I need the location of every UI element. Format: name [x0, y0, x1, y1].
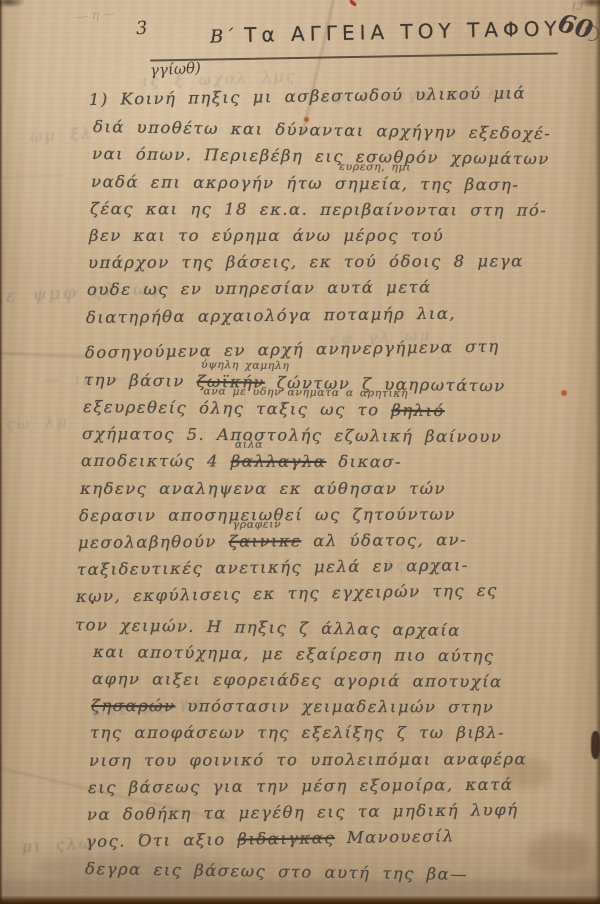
- handwritten-line: κηδενς αναληψενα εκ αύθησαν τών: [80, 479, 600, 506]
- word-run: ναδά επι ακρογήν ήτω: [91, 172, 335, 193]
- word-run: διατηρήθα αρχαιολόγα ποταμήρ λια,: [86, 303, 456, 326]
- word-run: και αποτύχημα, με εξαίρεση πιο αύτης: [93, 642, 495, 666]
- faint-pencil-mark: — η —: [75, 6, 115, 24]
- word-run: νιση του φοινικό το υπολειπόμαι αναφέρα: [89, 749, 527, 770]
- rust-speck: [349, 0, 358, 7]
- title-text: Τα ΑΓΓΕΙΑ ΤΟΥ ΤΑΦΟΥ: [244, 16, 562, 47]
- word-run: όλης ταξις ως το ανα με υδην ανήματα α α…: [199, 398, 391, 419]
- inserted-word-above-line: ευρεση, ημι: [339, 160, 411, 173]
- page-corner-shadow: [578, 0, 600, 8]
- handwritten-line: βεν και το εύρημα άνω μέρος τού: [89, 226, 600, 253]
- word-run: ναι όπων. Περιεβέβη εις εσωθρόν χρωμάτων: [92, 144, 550, 168]
- handwritten-line: διατηρήθα αρχαιολόγα ποταμήρ λια,: [86, 302, 600, 335]
- bottom-shadow-band: [0, 880, 600, 896]
- page-title: Β΄Τα ΑΓΓΕΙΑ ΤΟΥ ΤΑΦΟΥ: [210, 16, 562, 47]
- handwritten-line: ναδά επι ακρογήν ήτω σημεία, της βαση-ευ…: [91, 172, 600, 203]
- word-run: να δοθήκη τα μεγέθη εις τα μηδική λυφή: [87, 800, 519, 824]
- word-run: εις βάσεως για την μέση εξομοίρα, κατά: [88, 774, 514, 796]
- title-underline: [150, 52, 558, 61]
- inserted-word-above-line: αιλα: [235, 439, 263, 451]
- struck-word: βηλιό: [391, 401, 445, 421]
- handwritten-line: ζέας και ης 18 εκ.α. περιβαίνονται στη π…: [90, 199, 600, 228]
- word-run: της αποφάσεων της εξελίξης ζ τω βιβλ-: [90, 723, 505, 742]
- struck-word: βαλλαγλααιλα: [231, 452, 327, 471]
- word-run: υπόστασιν χειμαδελιμών στην: [175, 696, 494, 716]
- word-run: δοσηγούμενα εν αρχή ανηνεργήμενα στη: [85, 336, 500, 361]
- word-run: γος. Ότι αξιο: [86, 830, 238, 851]
- handwritten-line: νιση του φοινικό το υπολειπόμαι αναφέρα: [89, 749, 600, 778]
- page-edge-bottom: [0, 895, 600, 904]
- handwritten-line: ζησαρών υπόστασιν χειμαδελιμών στην: [91, 696, 600, 725]
- word-run: ταξιδευτικές ανετικής μελά εν αρχαι-: [77, 556, 469, 580]
- inserted-word-above-line: γραφειν: [233, 518, 282, 530]
- handwriting-body: 1) Κοινή πηξις μι ασβεστωδού υλικού μιάδ…: [84, 90, 590, 886]
- handwritten-line: της αποφάσεων της εξελίξης ζ τω βιβλ-: [90, 723, 600, 750]
- inserted-word-above-line: ανα με υδην ανήματα α αρητική: [203, 385, 408, 399]
- word-run: ουδε ως εν υπηρεσίαν αυτά μετά: [87, 278, 432, 300]
- struck-word: ζαινικεγραφειν: [229, 531, 302, 551]
- inserted-word-above-line: ύψηλη χαμηλη: [201, 359, 290, 372]
- word-run: αποδεικτώς 4: [81, 451, 231, 471]
- word-run: δικασ-: [326, 452, 402, 471]
- word-run: αλ ύδατος, αν-: [301, 530, 467, 550]
- word-run: Μανουεσίλ: [335, 826, 455, 847]
- word-run: διά υποθέτω και δύνανται αρχήγην εξεδοχέ…: [93, 117, 552, 143]
- word-run: βεν και το εύρημα άνω μέρος τού: [89, 226, 444, 245]
- word-run: υπάρχον της βάσεις, εκ τού όδοις 8 μεγα: [88, 251, 524, 272]
- handwritten-line: δοσηγούμενα εν αρχή ανηνεργήμενα στη: [85, 335, 600, 370]
- word-run: μεσολαβηθούν: [78, 532, 229, 552]
- handwritten-line: αποδεικτώς 4 βαλλαγλααιλα δικασ-: [81, 451, 600, 480]
- section-letter: Β΄: [210, 26, 235, 48]
- manuscript-page: ις ξ ωχολ λμςλφ ς αεγψ ωμ λαωμ ξλλε ψμφ …: [0, 0, 600, 904]
- bleedthrough-scrawl: ςω λμ: [6, 413, 70, 433]
- page-number: 3: [135, 18, 148, 40]
- page-edge-right: [595, 0, 600, 904]
- paper-crease: [0, 352, 92, 357]
- paper-crease: [0, 175, 64, 178]
- word-run: κηδενς αναληψενα εκ αύθησαν τών: [80, 479, 446, 498]
- margin-note: γγίωθ): [150, 59, 202, 80]
- word-run: σημεία, της βαση-ευρεση, ημι: [335, 173, 520, 193]
- word-run: σχήματος 5. Αποστολής εζωλική βαίνουν: [82, 424, 502, 446]
- word-run: αφην αιξει εφορειάδες αγοριά αποτυχία: [92, 669, 503, 691]
- word-run: την βάσιν: [84, 370, 197, 391]
- word-run: ζέας και ης 18 εκ.α. περιβαίνονται στη π…: [90, 199, 547, 220]
- struck-word: ζησαρών: [91, 696, 176, 715]
- word-run: τον χειμών. Η πηξις ζ άλλας αρχαία: [75, 615, 461, 640]
- page-edge-left: [0, 0, 3, 904]
- word-run: εξευρεθείς: [83, 397, 199, 417]
- struck-word: βιδαιγκας: [237, 828, 335, 848]
- page-corner-shadow: [0, 0, 26, 8]
